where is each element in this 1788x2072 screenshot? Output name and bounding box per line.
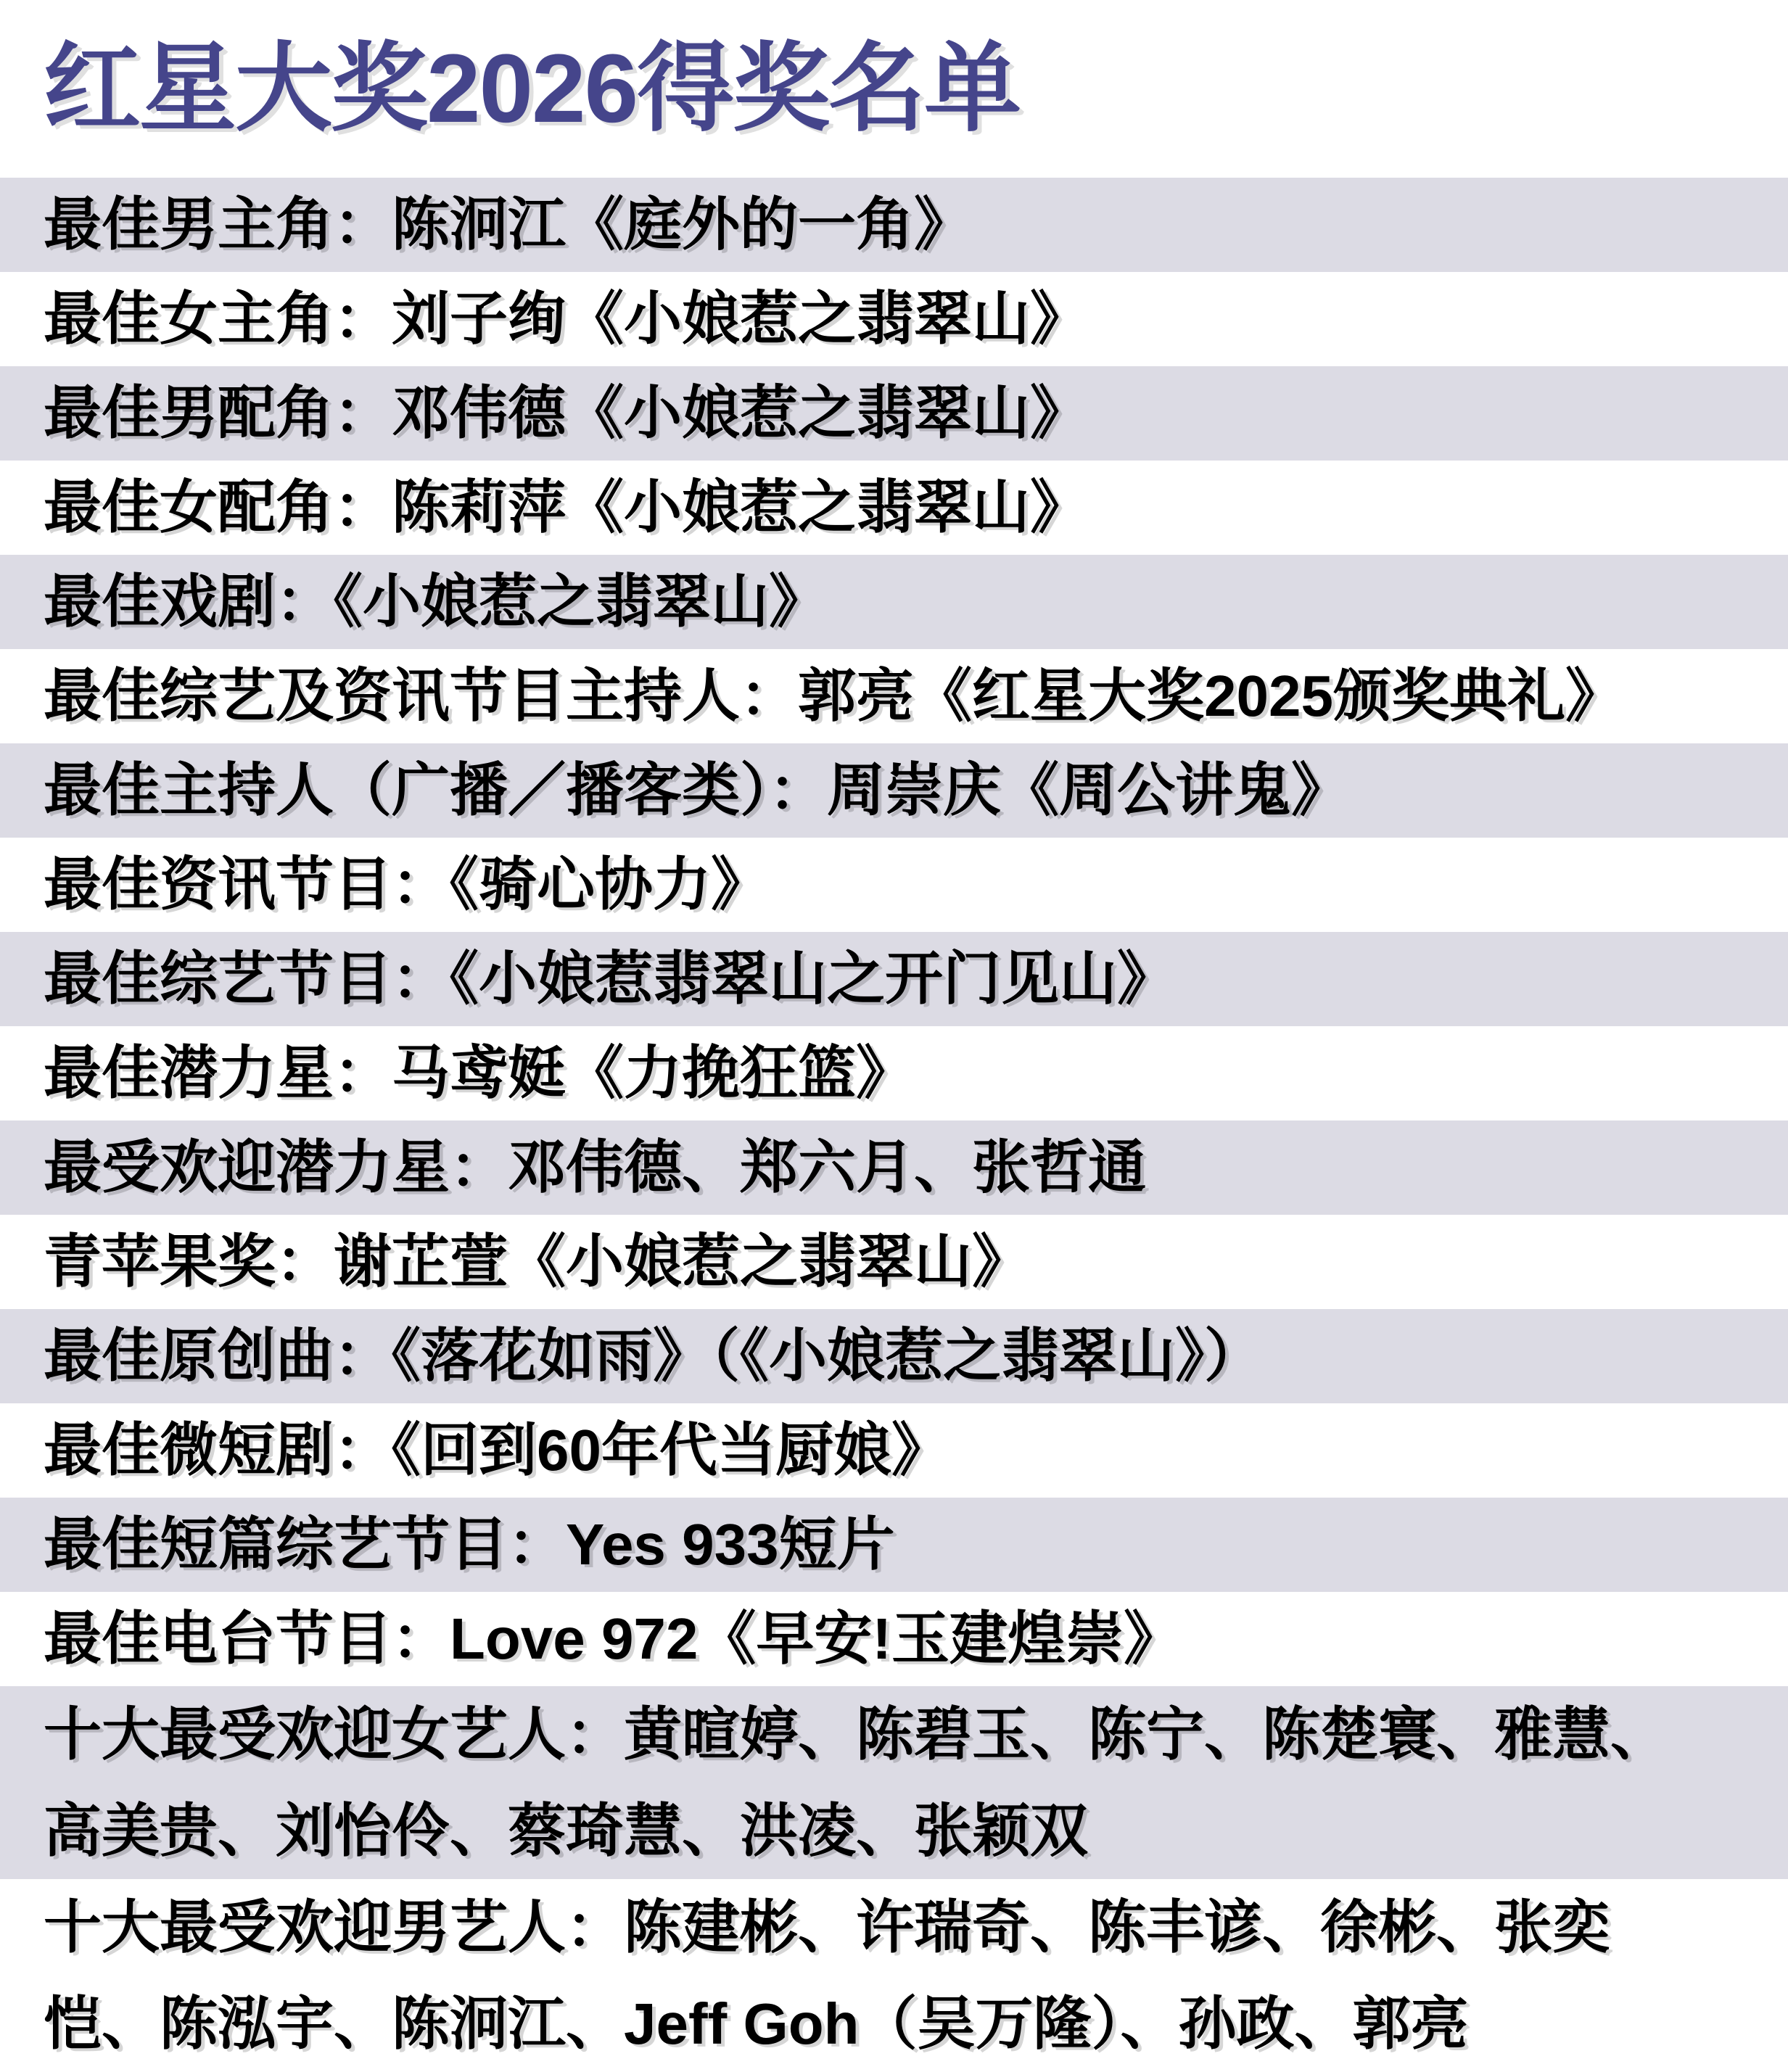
page-header: 红星大奖2026得奖名单 <box>0 0 1788 178</box>
award-text: 最佳综艺及资讯节目主持人：郭亮《红星大奖2025颁奖典礼》 <box>44 649 1759 743</box>
award-text: 最佳电台节目：Love 972《早安!玉建煌崇》 <box>44 1592 1759 1686</box>
award-text: 高美贵、刘怡伶、蔡琦慧、洪凌、张颖双 <box>44 1783 1759 1879</box>
award-row: 最佳电台节目：Love 972《早安!玉建煌崇》 <box>0 1592 1788 1686</box>
award-row: 最受欢迎潜力星：邓伟德、郑六月、张哲通 <box>0 1120 1788 1215</box>
award-row: 最佳短篇综艺节目：Yes 933短片 <box>0 1498 1788 1592</box>
award-row: 最佳微短剧：《回到60年代当厨娘》 <box>0 1403 1788 1498</box>
award-text: 最佳主持人（广播／播客类）：周崇庆《周公讲鬼》 <box>44 743 1759 838</box>
award-text: 青苹果奖：谢芷萱《小娘惹之翡翠山》 <box>44 1215 1759 1309</box>
award-text: 最佳短篇综艺节目：Yes 933短片 <box>44 1498 1759 1592</box>
award-text: 十大最受欢迎女艺人：黄暄婷、陈碧玉、陈宁、陈楚寰、雅慧、 <box>44 1686 1759 1783</box>
award-text: 最佳男主角：陈泂江《庭外的一角》 <box>44 178 1759 272</box>
award-text: 最佳微短剧：《回到60年代当厨娘》 <box>44 1403 1759 1498</box>
award-row: 青苹果奖：谢芷萱《小娘惹之翡翠山》 <box>0 1215 1788 1309</box>
award-text: 最佳原创曲：《落花如雨》（《小娘惹之翡翠山》） <box>44 1309 1759 1403</box>
award-text: 恺、陈泓宇、陈泂江、Jeff Goh（吴万隆）、孙政、郭亮 <box>44 1976 1759 2072</box>
award-text: 最佳女配角：陈莉萍《小娘惹之翡翠山》 <box>44 461 1759 555</box>
award-text: 最佳综艺节目：《小娘惹翡翠山之开门见山》 <box>44 932 1759 1026</box>
award-text: 最佳女主角：刘子绚《小娘惹之翡翠山》 <box>44 272 1759 366</box>
award-row: 最佳女主角：刘子绚《小娘惹之翡翠山》 <box>0 272 1788 366</box>
awards-infographic: 红星大奖2026得奖名单 最佳男主角：陈泂江《庭外的一角》最佳女主角：刘子绚《小… <box>0 0 1788 2072</box>
award-text: 最佳资讯节目：《骑心协力》 <box>44 838 1759 932</box>
award-text: 最佳戏剧：《小娘惹之翡翠山》 <box>44 555 1759 649</box>
award-row: 最佳原创曲：《落花如雨》（《小娘惹之翡翠山》） <box>0 1309 1788 1403</box>
awards-list: 最佳男主角：陈泂江《庭外的一角》最佳女主角：刘子绚《小娘惹之翡翠山》最佳男配角：… <box>0 178 1788 2072</box>
award-row: 最佳资讯节目：《骑心协力》 <box>0 838 1788 932</box>
award-text: 十大最受欢迎男艺人：陈建彬、许瑞奇、陈丰谚、徐彬、张奕 <box>44 1879 1759 1976</box>
award-row: 最佳男主角：陈泂江《庭外的一角》 <box>0 178 1788 272</box>
award-text: 最佳男配角：邓伟德《小娘惹之翡翠山》 <box>44 366 1759 461</box>
award-row: 十大最受欢迎女艺人：黄暄婷、陈碧玉、陈宁、陈楚寰、雅慧、高美贵、刘怡伶、蔡琦慧、… <box>0 1686 1788 1879</box>
award-row: 最佳主持人（广播／播客类）：周崇庆《周公讲鬼》 <box>0 743 1788 838</box>
award-row: 最佳戏剧：《小娘惹之翡翠山》 <box>0 555 1788 649</box>
page-title: 红星大奖2026得奖名单 <box>44 41 1020 138</box>
award-row: 最佳女配角：陈莉萍《小娘惹之翡翠山》 <box>0 461 1788 555</box>
award-row: 十大最受欢迎男艺人：陈建彬、许瑞奇、陈丰谚、徐彬、张奕恺、陈泓宇、陈泂江、Jef… <box>0 1879 1788 2072</box>
award-row: 最佳综艺及资讯节目主持人：郭亮《红星大奖2025颁奖典礼》 <box>0 649 1788 743</box>
award-row: 最佳潜力星：马鸢娗《力挽狂篮》 <box>0 1026 1788 1120</box>
award-text: 最受欢迎潜力星：邓伟德、郑六月、张哲通 <box>44 1120 1759 1215</box>
award-row: 最佳男配角：邓伟德《小娘惹之翡翠山》 <box>0 366 1788 461</box>
award-row: 最佳综艺节目：《小娘惹翡翠山之开门见山》 <box>0 932 1788 1026</box>
award-text: 最佳潜力星：马鸢娗《力挽狂篮》 <box>44 1026 1759 1120</box>
